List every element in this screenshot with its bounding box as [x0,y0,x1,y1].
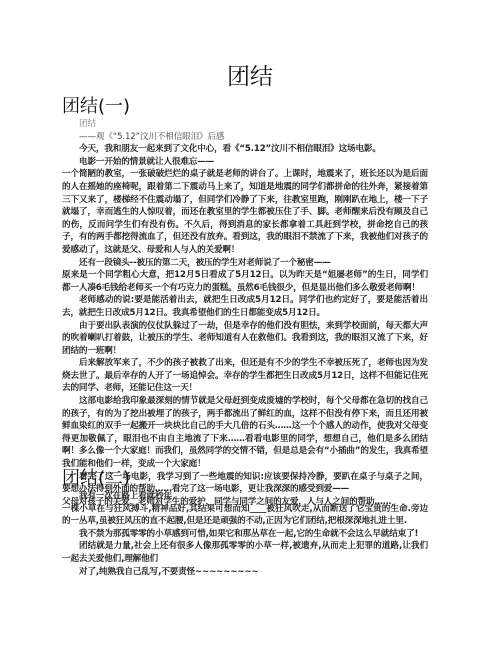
paragraph: 原来是一个同学粗心大意，把12月5日看成了5月12日。以为昨天是“姐屡老师”的生… [62,269,428,294]
paragraph: 电影一开始的情景就让人很难忘—— [62,156,428,169]
section-2-heading: 团结(二) [62,468,428,490]
paragraph: 还有一段镜头--被压的第二天，被压的学生对老师说了一个秘密—— [62,257,428,270]
section-2: 团结(二) 我有一次在路上看就秒年 一棵小草在与狂风搏斗,精神品好,其结果可想而… [62,468,428,578]
section-1-heading: 团结(一) [62,96,428,118]
paragraph: 由于要出队表演的仪仗队躲过了一劫，但是幸存的他们没有胆怯，来到学校面前，每天都大… [62,320,428,358]
document-title: 团结 [0,62,500,92]
section-1: 团结(一) 团结 ——观《“5.12”汶川不相信眼泪》后感 今天，我和朋友一起来… [62,96,428,508]
paragraph: 我有一次在路上看就秒年 [62,490,428,503]
paragraph: 这部电影给我印象最深刻的情节就是父母赶到变成废墟的学校时，每个父母都在急切的找自… [62,395,428,471]
paragraph: 团结就是力量,社会上还有很多人像那孤零零的小草一样,被遗弃,从而走上犯罪的道路,… [62,540,428,565]
paragraph: 我不禁为那孤零零的小草感到可惜,如果它和那丛草在一起,它的生命就不会这么早就结束… [62,528,428,541]
section-1-label: 团结 [62,118,428,131]
section-1-subtitle: ——观《“5.12”汶川不相信眼泪》后感 [62,131,428,144]
paragraph: 对了,纯熟我自己乱写,不要责怪~~~~~~~~~ [62,566,428,579]
paragraph: 今天，我和朋友一起来到了文化中心，看《“5.12”汶川不相信眼泪》这场电影。 [62,143,428,156]
paragraph: 一棵小草在与狂风搏斗,精神品好,其结果可想而知____被狂风吹走,从而断送了它宝… [62,503,428,528]
paragraph: 老师感动的说:要是能活着出去，就把生日改成5月12日。同学们也约定好了，要是能活… [62,294,428,319]
paragraph: 一个简陋的教室，一张破破烂烂的桌子就是老师的讲台了。上课时，地震来了，班长还以为… [62,168,428,256]
paragraph: 后来解放军来了，不少的孩子被救了出来，但还是有不少的学生不幸被压死了，老师也因为… [62,357,428,395]
